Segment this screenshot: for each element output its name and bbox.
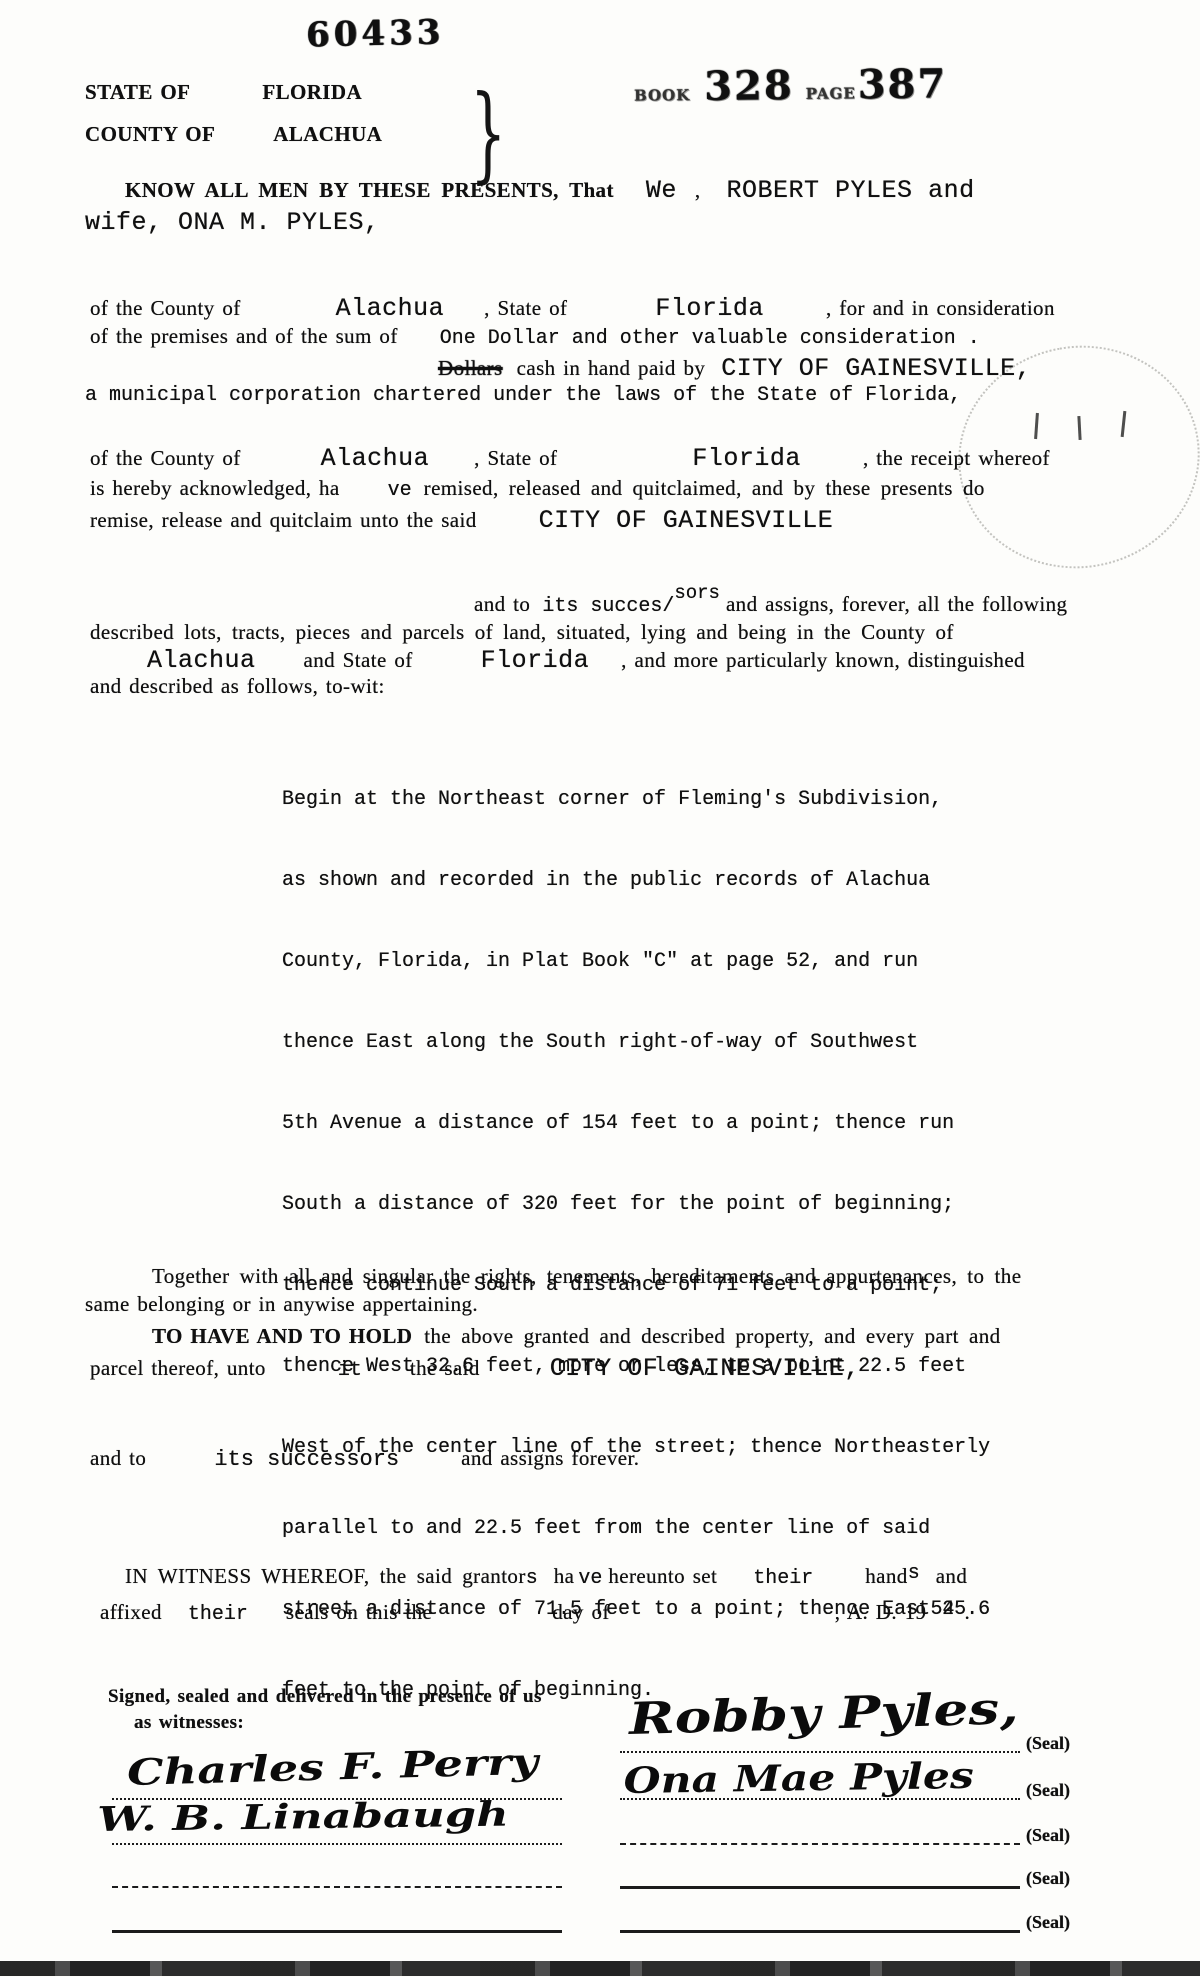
book-number: 328 (704, 62, 794, 110)
typed-insert: their (188, 1603, 248, 1626)
typed-year: 54 (930, 1598, 954, 1621)
form-text: remised, released and quitclaimed, and b… (424, 476, 985, 501)
typed-insert: ve (388, 479, 412, 502)
consideration-line-4: a municipal corporation chartered under … (85, 384, 961, 407)
typed-insert: s (908, 1562, 920, 1585)
form-text-bold: TO HAVE AND TO HOLD (152, 1324, 412, 1349)
seal-label-2: (Seal) (1026, 1780, 1070, 1801)
witness-line-1 (112, 1798, 562, 1800)
seal-line-3 (620, 1843, 1020, 1845)
typed-insert: s (526, 1567, 538, 1590)
scan-noise-bar (0, 1961, 1200, 1976)
page-label: PAGE (806, 84, 856, 103)
grantor-signature-2: Ona Mae Pyles (623, 1755, 974, 1802)
form-text: the above granted and described property… (424, 1324, 1000, 1349)
seal-label-4: (Seal) (1026, 1868, 1070, 1889)
form-text: remise, release and quitclaim unto the s… (90, 508, 477, 533)
form-text: and assigns forever. (461, 1446, 639, 1471)
grantor-names: ROBERT PYLES and (727, 176, 975, 205)
witness-clause-line-1: IN WITNESS WHEREOF, the said grantorshav… (125, 1564, 967, 1590)
state-entry: Florida (481, 646, 590, 675)
state-entry: Florida (655, 294, 764, 323)
form-text: , State of (484, 296, 567, 321)
form-text: , A. D. 19 (835, 1600, 927, 1625)
state-of-line: STATE OFFLORIDA (85, 80, 362, 105)
seal-label-5: (Seal) (1026, 1912, 1070, 1933)
book-page-stamp: BOOK 328 PAGE 387 (634, 60, 948, 110)
county-of-line: COUNTY OFALACHUA (85, 122, 382, 147)
typed-insert: their (753, 1567, 813, 1590)
form-text: of the County of (90, 446, 241, 471)
consideration-amount: One Dollar and other valuable considerat… (440, 327, 980, 350)
form-text: of the premises and of the sum of (90, 324, 398, 349)
seal-label-3: (Seal) (1026, 1825, 1070, 1846)
witness-line-3 (112, 1886, 562, 1888)
witness-line-4 (112, 1930, 562, 1933)
legal-description-line: Begin at the Northeast corner of Fleming… (282, 786, 990, 813)
receipt-line-1: of the County ofAlachua, State ofFlorida… (90, 444, 1050, 473)
state-label: STATE OF (85, 80, 190, 105)
witness-line-2 (112, 1843, 562, 1845)
witness-clause-line-2: affixedtheirseals on this theday of, A. … (100, 1600, 970, 1626)
opening-line-1: KNOW ALL MEN BY THESE PRESENTS, ThatWe,R… (125, 176, 975, 205)
form-text: , and more particularly known, distingui… (621, 648, 1025, 673)
form-text: and assigns, forever, all the following (726, 592, 1067, 617)
seal-line-1 (620, 1751, 1020, 1753)
typed-insert: its successors (214, 1447, 399, 1472)
receipt-line-3: remise, release and quitclaim unto the s… (90, 506, 833, 535)
form-text: , the receipt whereof (863, 446, 1050, 471)
opening-line-2: wife, ONA M. PYLES, (85, 208, 380, 237)
grantor-signature-1: Robby Pyles, (628, 1683, 1020, 1745)
form-text: hand (865, 1564, 907, 1589)
legal-description-line: as shown and recorded in the public reco… (282, 867, 990, 894)
legal-description-line: South a distance of 320 feet for the poi… (282, 1191, 990, 1218)
typed-superscript-sors: sors (674, 582, 720, 604)
grantee-name: CITY OF GAINESVILLE (539, 506, 834, 535)
typed-insert: its succes/ (542, 595, 674, 618)
deed-document-page: 60433 STATE OFFLORIDA COUNTY OFALACHUA }… (0, 0, 1200, 1977)
county-label: COUNTY OF (85, 122, 215, 147)
instrument-number-stamp: 60433 (306, 13, 445, 56)
form-text: day of (552, 1600, 609, 1625)
to-have-line-2: parcel thereof, untoitthe saidCITY OF GA… (90, 1354, 860, 1383)
consideration-line-2: of the premises and of the sum ofOne Dol… (90, 324, 980, 350)
county-entry: Alachua (321, 444, 430, 473)
form-text: and to (90, 1446, 146, 1471)
grantee-name: CITY OF GAINESVILLE, (721, 354, 1031, 383)
form-text: affixed (100, 1600, 162, 1625)
legal-description-line: County, Florida, in Plat Book "C" at pag… (282, 948, 990, 975)
witness-signature-2: W. B. Linabaugh (97, 1795, 509, 1840)
typed-insert: ve (578, 1567, 602, 1590)
county-value: ALACHUA (273, 122, 382, 147)
to-have-line-1: TO HAVE AND TO HOLDthe above granted and… (152, 1324, 1001, 1349)
granting-line-2: described lots, tracts, pieces and parce… (90, 620, 954, 645)
form-text: , for and in consideration (826, 296, 1055, 321)
consideration-line-1: of the County ofAlachua, State ofFlorida… (90, 294, 1055, 323)
signing-heading-2: as witnesses: (134, 1712, 244, 1734)
seal-line-2 (620, 1798, 1020, 1800)
typed-insert: it (338, 1359, 362, 1382)
legal-description-line: parallel to and 22.5 feet from the cente… (282, 1515, 990, 1542)
granting-line-3: Alachuaand State ofFlorida, and more par… (147, 646, 1025, 675)
struck-dollars: Dollars (438, 356, 503, 381)
form-text: , State of (474, 446, 557, 471)
consideration-line-3: Dollarscash in hand paid byCITY OF GAINE… (438, 354, 1031, 383)
form-text: IN WITNESS WHEREOF, the said grantor (125, 1564, 526, 1589)
seal-label-1: (Seal) (1026, 1733, 1070, 1754)
county-entry: Alachua (147, 646, 256, 675)
form-text: hereunto set (608, 1564, 717, 1589)
signing-heading-1: Signed, sealed and delivered in the pres… (108, 1686, 542, 1708)
grantee-name: CITY OF GAINESVILLE, (550, 1354, 860, 1383)
form-text: and State of (304, 648, 413, 673)
book-label: BOOK (634, 86, 690, 105)
comma: , (695, 178, 701, 203)
form-text: seals on this the (286, 1600, 432, 1625)
form-text: the said (410, 1356, 480, 1381)
granting-line-1: and toits succes/sorsand assigns, foreve… (474, 592, 1067, 618)
legal-description-line: 5th Avenue a distance of 154 feet to a p… (282, 1110, 990, 1137)
granting-line-4: and described as follows, to-wit: (90, 674, 385, 699)
state-entry: Florida (692, 444, 801, 473)
witness-signature-1: Charles F. Perry (126, 1741, 539, 1794)
form-text: . (964, 1600, 970, 1625)
together-line-1: Together with all and singular the right… (152, 1264, 1021, 1289)
form-text: and (936, 1564, 968, 1589)
form-text: ha (554, 1564, 575, 1589)
seal-line-5 (620, 1930, 1020, 1933)
together-line-2: same belonging or in anywise appertainin… (85, 1292, 478, 1317)
state-value: FLORIDA (262, 80, 362, 105)
form-text: is hereby acknowledged, ha (90, 476, 340, 501)
grantor-we: We (646, 176, 677, 205)
opening-bold-text: KNOW ALL MEN BY THESE PRESENTS, That (125, 178, 614, 203)
successors-line: and toits successorsand assigns forever. (90, 1446, 639, 1472)
form-text: of the County of (90, 296, 241, 321)
county-entry: Alachua (336, 294, 445, 323)
legal-description-line: thence East along the South right-of-way… (282, 1029, 990, 1056)
page-number: 387 (857, 60, 947, 108)
seal-line-4 (620, 1886, 1020, 1889)
form-text: and to (474, 592, 530, 617)
form-text: parcel thereof, unto (90, 1356, 266, 1381)
receipt-line-2: is hereby acknowledged, haveremised, rel… (90, 476, 985, 502)
form-text: cash in hand paid by (517, 356, 706, 381)
